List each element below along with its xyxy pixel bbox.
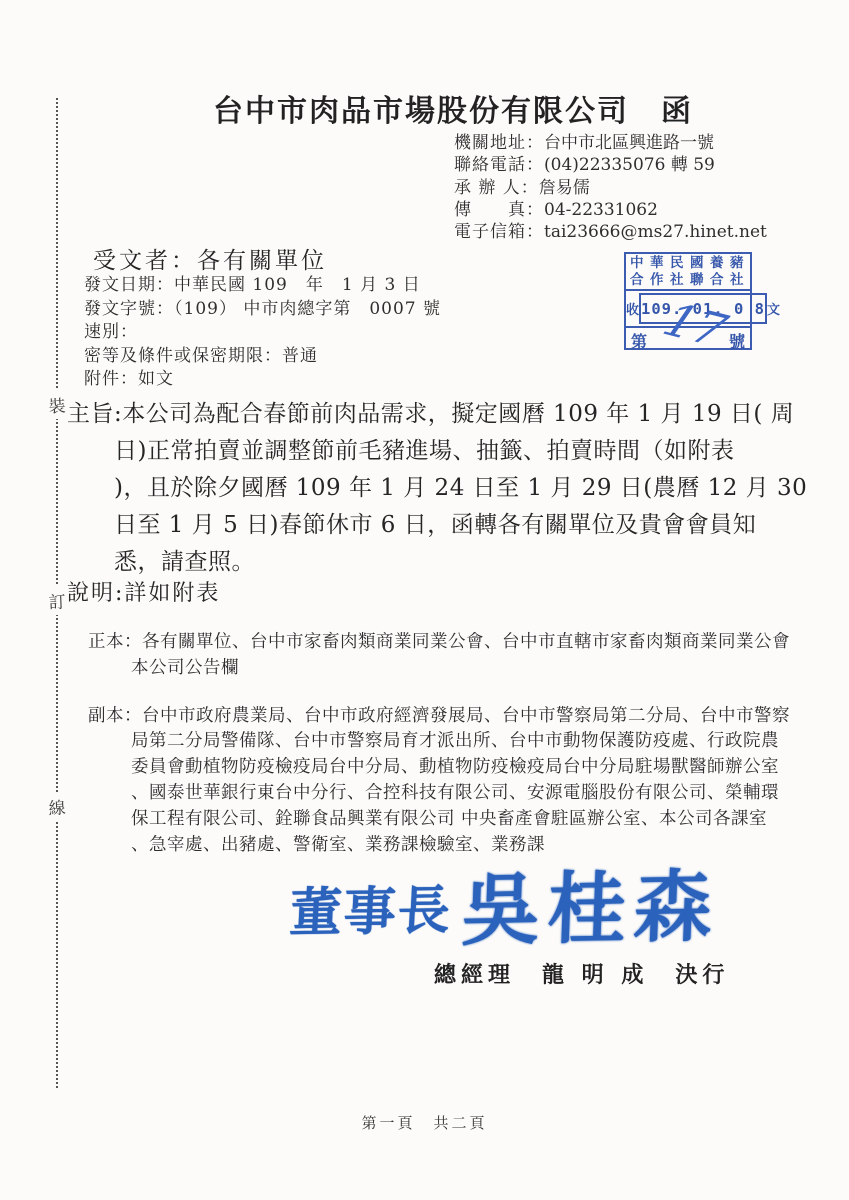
stamp-doc-char: 文 — [767, 291, 780, 326]
contact-label: 傳 真： — [454, 200, 544, 220]
cc-recipients-line: 、國泰世華銀行東台中分行、合控科技有限公司、安源電腦股份有限公司、榮輔環 — [88, 781, 790, 807]
document-title: 台中市肉品市場股份有限公司 函 — [213, 86, 693, 130]
contact-row-fax: 傳 真：04-22331062 — [454, 199, 767, 221]
distribution-block: 正本：各有關單位、台中市家畜肉類商業同業公會、台中市直轄市家畜肉類商業同業公會 … — [88, 630, 790, 729]
explanation-line: 說明:詳如附表 — [67, 576, 220, 607]
page-number-footer: 第一頁 共二頁 — [0, 1112, 849, 1133]
cc-recipients-line: 副本：台中市政府農業局、台中市政府經濟發展局、台中市警察局第二分局、台中市警察 — [88, 704, 790, 730]
cc-recipients-block: 副本：台中市政府農業局、台中市政府經濟發展局、台中市警察局第二分局、台中市警察 … — [88, 704, 790, 730]
contact-value: 詹易儒 — [539, 178, 590, 198]
signature-title: 董事長 — [288, 867, 454, 945]
contact-row-address: 機關地址：台中市北區興進路一號 — [454, 132, 767, 154]
contact-label: 承 辦 人： — [454, 178, 539, 198]
stamp-org-row2: 合作社聯合社 — [630, 272, 748, 289]
document-meta-block: 發文日期：中華民國 109 年 1 月 3 日 發文字號：（109） 中市肉總字… — [84, 274, 441, 392]
stamp-org-name: 中華民國養豬 合作社聯合社 — [626, 254, 750, 291]
binding-mark-xian: 線 — [45, 791, 68, 821]
contact-value: 04-22331062 — [544, 200, 658, 220]
contact-value: tai23666@ms27.hinet.net — [544, 222, 767, 242]
contact-row-email: 電子信箱：tai23666@ms27.hinet.net — [454, 221, 767, 243]
contact-label: 電子信箱： — [454, 222, 544, 242]
subject-line: 日至 1 月 5 日)春節休市 6 日，函轉各有關單位及貴會會員知 — [67, 507, 791, 544]
cc-recipients-line: 保工程有限公司、銓聯食品興業有限公司 中央畜產會駐區辦公室、本公司各課室 — [88, 807, 790, 833]
contact-label: 聯絡電話： — [454, 155, 544, 175]
contact-row-phone: 聯絡電話：(04)22335076 轉 59 — [454, 154, 767, 176]
subject-paragraph: 主旨:本公司為配合春節前肉品需求，擬定國曆 109 年 1 月 19 日( 周 … — [67, 396, 791, 581]
stamp-no-suffix: 號 — [729, 329, 745, 351]
contact-value: 台中市北區興進路一號 — [544, 133, 714, 153]
attachment-line: 附件：如文 — [84, 368, 441, 392]
original-recipients-line: 正本：各有關單位、台中市家畜肉類商業同業公會、台中市直轄市家畜肉類商業同業公會 — [88, 630, 790, 656]
binding-mark-ding: 訂 — [46, 586, 69, 616]
subject-line: )，且於除夕國曆 109 年 1 月 24 日至 1 月 29 日(農曆 12 … — [67, 470, 791, 507]
chairman-signature-stamp: 董事長 吳桂森 — [289, 844, 721, 963]
security-class-line: 密等及條件或保密期限：普通 — [84, 345, 441, 369]
stamp-no-prefix: 第 — [631, 329, 647, 351]
cc-recipients-line: 委員會動植物防疫檢疫局台中分局、動植物防疫檢疫局台中分局駐場獸醫師辦公室 — [88, 755, 790, 781]
receipt-stamp: 中華民國養豬 合作社聯合社 收 109. 01. 0 8 文 第 號 17 — [624, 252, 752, 350]
speed-class-line: 速別： — [84, 321, 441, 345]
issue-date-line: 發文日期：中華民國 109 年 1 月 3 日 — [84, 274, 441, 298]
agency-contact-block: 機關地址：台中市北區興進路一號 聯絡電話：(04)22335076 轉 59 承… — [454, 132, 767, 243]
binding-mark-zhuang: 裝 — [45, 389, 69, 419]
contact-label: 機關地址： — [454, 133, 544, 153]
signature-name: 吳桂森 — [460, 844, 722, 961]
scanned-letter-page: 裝 訂 線 台中市肉品市場股份有限公司 函 機關地址：台中市北區興進路一號 聯絡… — [0, 0, 849, 1200]
subject-line: 主旨:本公司為配合春節前肉品需求，擬定國曆 109 年 1 月 19 日( 周 — [67, 396, 791, 433]
doc-number-line: 發文字號：（109） 中市肉總字第 0007 號 — [84, 298, 441, 322]
original-recipients-line: 本公司公告欄 — [88, 656, 790, 682]
contact-row-handler: 承 辦 人：詹易儒 — [454, 177, 767, 199]
recipient-line: 受文者：各有關單位 — [93, 242, 327, 275]
cc-recipients-line: 局第二分局警備隊、台中市警察局育才派出所、台中市動物保護防疫處、行政院農 — [88, 729, 790, 755]
stamp-org-row1: 中華民國養豬 — [630, 255, 748, 272]
subject-line: 日)正常拍賣並調整節前毛豬進場、抽籤、拍賣時間（如附表 — [67, 433, 791, 470]
stamp-receive-char: 收 — [626, 291, 639, 326]
general-manager-approval-line: 總經理 龍 明 成 決行 — [434, 958, 729, 989]
contact-value: (04)22335076 轉 59 — [544, 155, 715, 175]
